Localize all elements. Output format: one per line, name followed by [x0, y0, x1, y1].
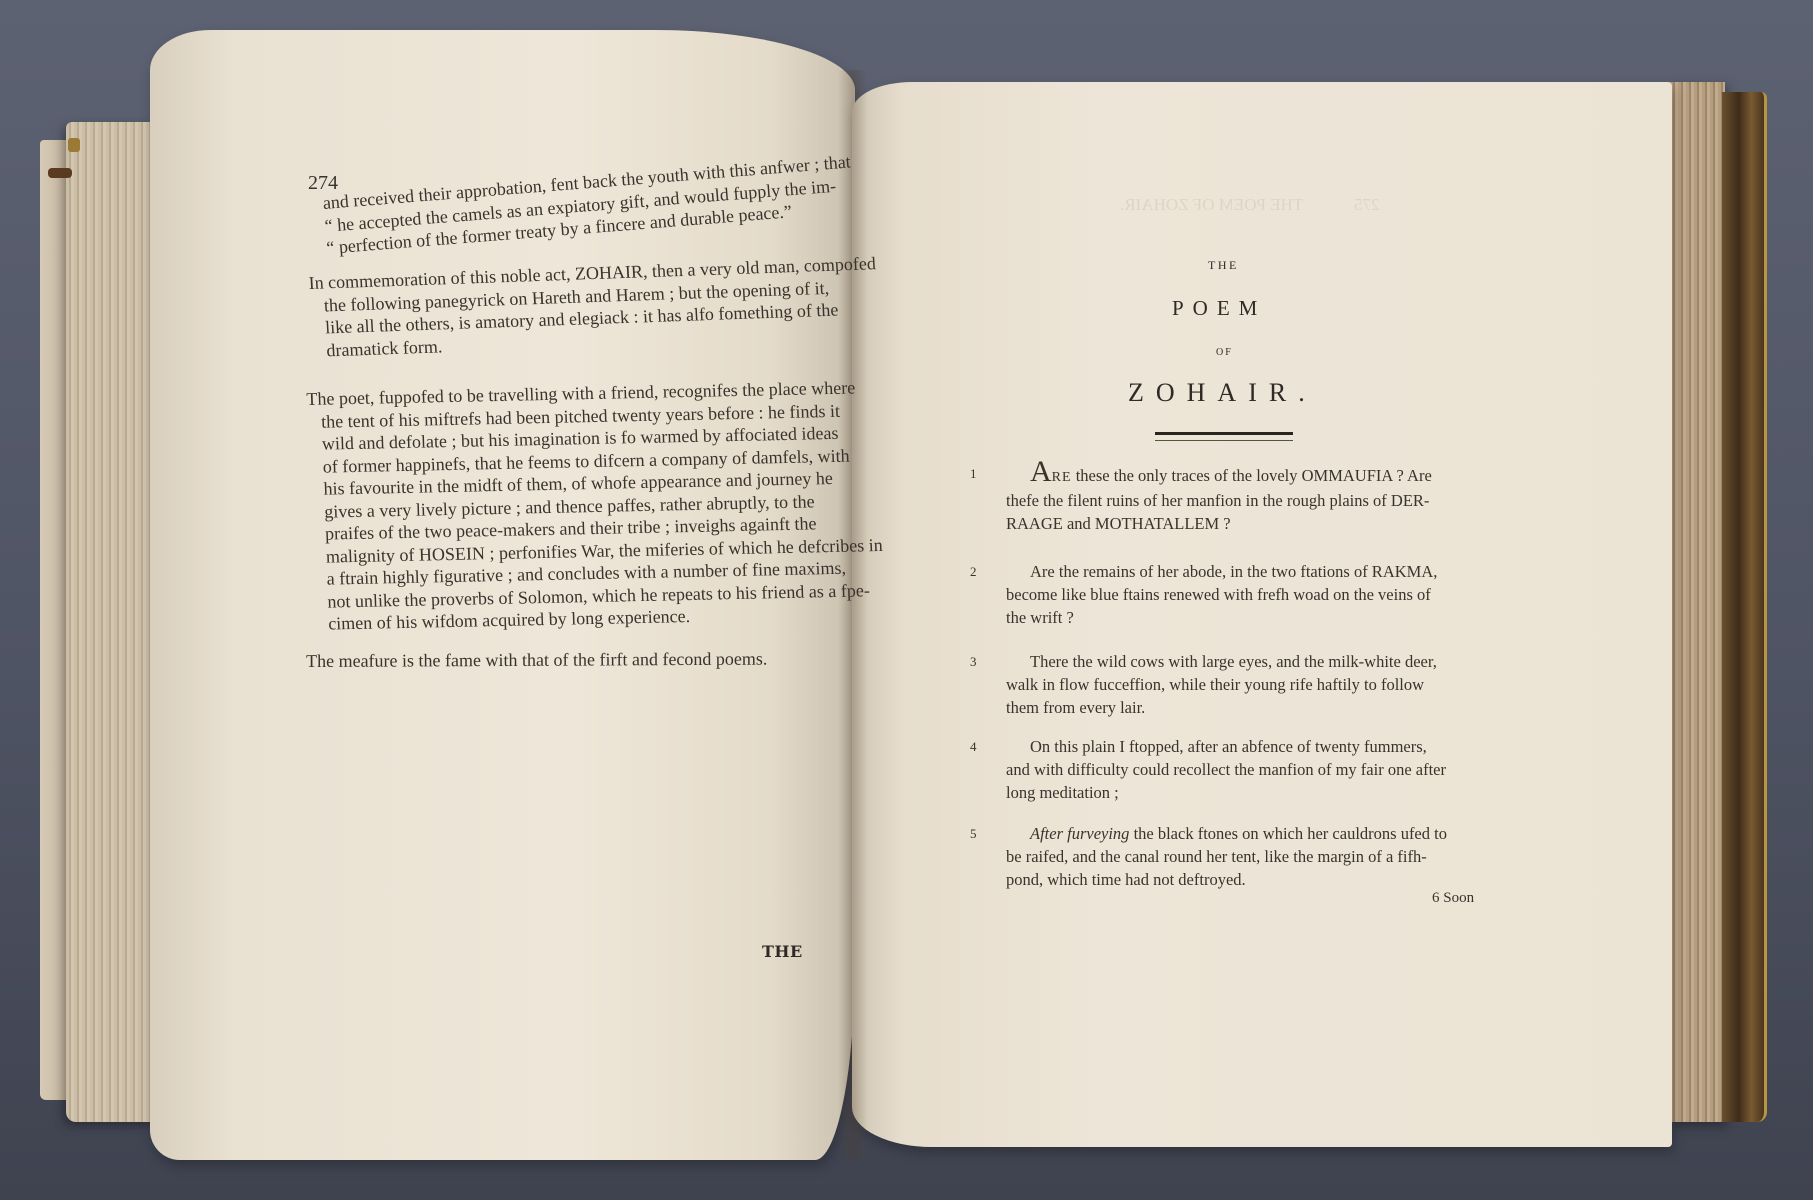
text-line: these the only traces of the lovely OMMA… [1076, 466, 1432, 485]
verse-body: Are the remains of her abode, in the two… [1006, 560, 1480, 629]
text-line: pond, which time had not deftroyed. [1006, 870, 1246, 889]
text-line: them from every lair. [1006, 698, 1145, 717]
text-line: be raifed, and the canal round her tent,… [1006, 847, 1427, 866]
verse-body: ARE these the only traces of the lovely … [1006, 462, 1480, 535]
text-line: the wrift ? [1006, 608, 1074, 627]
title-poem: POEM [1172, 296, 1266, 321]
left-page-stack [66, 122, 156, 1122]
ornamental-rule [1155, 432, 1293, 441]
verse-4: 4 On this plain I ftopped, after an abfe… [970, 735, 1480, 804]
verse-number: 1 [970, 462, 977, 485]
title-zohair: ZOHAIR. [1128, 378, 1317, 408]
verse-number: 3 [970, 650, 977, 673]
verse-number: 2 [970, 560, 977, 583]
text-line: There the wild cows with large eyes, and… [1006, 652, 1437, 671]
title-the: THE [1208, 258, 1239, 273]
text-line: RAAGE and MOTHATALLEM ? [1006, 514, 1231, 533]
catchword-right: 6 Soon [1432, 890, 1474, 907]
verse-number: 4 [970, 735, 977, 758]
show-through-header: 275 THE POEM OF ZOHAIR. [1120, 190, 1379, 220]
right-page-stack [1670, 82, 1725, 1122]
text-line: and with difficulty could recollect the … [1006, 760, 1446, 779]
gutter [838, 70, 868, 1160]
verse-3: 3 There the wild cows with large eyes, a… [970, 650, 1480, 719]
verse-body: After furveying the black ftones on whic… [1006, 822, 1480, 891]
verse-5: 5 After furveying the black ftones on wh… [970, 822, 1480, 891]
open-book: 275 THE POEM OF ZOHAIR. 274 and received… [0, 0, 1813, 1200]
verse-number: 5 [970, 822, 977, 845]
text-line: become like blue ftains renewed with fre… [1006, 585, 1431, 604]
verse-2: 2 Are the remains of her abode, in the t… [970, 560, 1480, 629]
clasp-icon [48, 168, 72, 178]
verse-body: There the wild cows with large eyes, and… [1006, 650, 1480, 719]
catchword-left: THE [762, 942, 803, 961]
text-line: The meafure is the fame with that of the… [306, 649, 767, 671]
verse-body: On this plain I ftopped, after an abfenc… [1006, 735, 1480, 804]
text-line: walk in flow fucceffion, while their you… [1006, 675, 1424, 694]
right-cover-spine [1722, 92, 1767, 1122]
title-of: OF [1216, 347, 1233, 358]
text-line: Are the remains of her abode, in the two… [1006, 562, 1437, 581]
drop-cap: A [1030, 455, 1052, 488]
italic-lead: After furveying [1030, 824, 1129, 843]
left-paragraph-4: The meafure is the fame with that of the… [306, 647, 826, 672]
verse-1: 1 ARE these the only traces of the lovel… [970, 462, 1480, 535]
text-line: On this plain I ftopped, after an abfenc… [1006, 737, 1427, 756]
left-paragraph-2: In commemoration of this noble act, ZOHA… [308, 255, 813, 362]
left-paragraph-3: The poet, fuppofed to be travelling with… [306, 378, 815, 636]
text-line: thefe the filent ruins of her manfion in… [1006, 491, 1429, 510]
clasp-pin-icon [68, 138, 80, 152]
text-line: long meditation ; [1006, 783, 1119, 802]
text-line: the black ftones on which her cauldrons … [1129, 824, 1447, 843]
